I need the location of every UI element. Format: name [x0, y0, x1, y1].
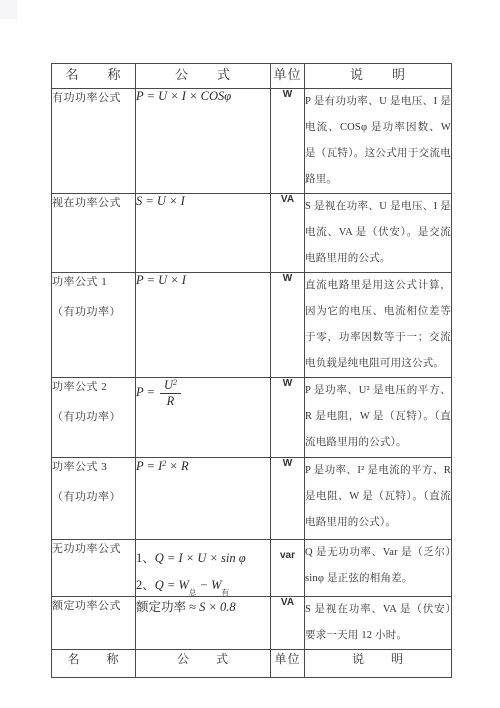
unit-cell: W: [271, 89, 305, 194]
formula-cell: 1、Q = I × U × sin φ 2、Q = W总 − W有: [136, 540, 271, 597]
row-name: 功率公式 1 （有功功率）: [52, 273, 136, 378]
table-row: 无功功率公式 1、Q = I × U × sin φ 2、Q = W总 − W有…: [52, 540, 452, 597]
formula-cell: P = I2 × R: [136, 458, 271, 540]
row-name-line1: 功率公式 2: [52, 381, 107, 393]
note-cell: 直流电路里是用这公式计算，因为它的电压、电流相位差等于零，功率因数等于一；交流电…: [305, 273, 452, 378]
header-formula: 公 式: [136, 64, 271, 89]
unit-cell: VA: [271, 596, 305, 649]
unit-cell: W: [271, 458, 305, 540]
formula-cell: 额定功率 ≈ S × 0.8: [136, 596, 271, 649]
note-cell: S 是视在功率、VA 是（伏安） 要求一天用 12 小时。: [305, 596, 452, 649]
formula-text: S × 0.8: [199, 600, 236, 614]
row-name-line2: （有功功率）: [52, 408, 135, 424]
note-cell: P 是有功功率、U 是电压、I 是电流、COSφ 是功率因数、W 是（瓦特）。这…: [305, 89, 452, 194]
row-name-line1: 功率公式 1: [52, 276, 107, 288]
unit-cell: VA: [271, 194, 305, 273]
table-row: 有功功率公式 P = U × I × COSφ W P 是有功功率、U 是电压、…: [52, 89, 452, 194]
table-row: 功率公式 3 （有功功率） P = I2 × R W P 是功率、I² 是电流的…: [52, 458, 452, 540]
formula-cell: P =U2R: [136, 378, 271, 458]
formula-cell: P = U × I × COSφ: [136, 89, 271, 194]
document-page: 名 称 公 式 单位 说 明 有功功率公式 P = U × I × COSφ W…: [0, 0, 500, 708]
row-name: 有功功率公式: [52, 89, 136, 194]
formula-subscript: 总: [189, 588, 197, 597]
formula-exponent: 2: [162, 459, 166, 468]
list-number: 2、: [136, 578, 155, 592]
note-cell: Q 是无功功率、Var 是（乏尔） sinφ 是正弦的相角差。: [305, 540, 452, 597]
table-row: 功率公式 1 （有功功率） P = U × I W 直流电路里是用这公式计算，因…: [52, 273, 452, 378]
footer-name: 名 称: [52, 649, 136, 677]
fraction-denominator: R: [160, 394, 181, 408]
row-name: 功率公式 2 （有功功率）: [52, 378, 136, 458]
formula-base: P = I: [136, 459, 162, 473]
power-formula-table: 名 称 公 式 单位 说 明 有功功率公式 P = U × I × COSφ W…: [51, 63, 452, 678]
fraction: U2R: [160, 378, 181, 408]
row-name: 额定功率公式: [52, 596, 136, 649]
formula-suffix: × R: [166, 459, 188, 473]
formula-subscript: 有: [222, 588, 230, 597]
unit-cell: W: [271, 273, 305, 378]
formula-line-2: 2、Q = W总 − W有: [136, 575, 270, 596]
table-row: 额定功率公式 额定功率 ≈ S × 0.8 VA S 是视在功率、VA 是（伏安…: [52, 596, 452, 649]
fraction-numerator: U2: [160, 378, 181, 394]
formula-text: P = U × I: [136, 273, 186, 287]
row-name-line2: （有功功率）: [52, 303, 135, 319]
table-row: 功率公式 2 （有功功率） P =U2R W P 是功率、U² 是电压的平方、R…: [52, 378, 452, 458]
formula-cell: P = U × I: [136, 273, 271, 378]
formula-text: P = U × I × COSφ: [136, 89, 231, 103]
formula-line-1: 1、Q = I × U × sin φ: [136, 548, 270, 566]
formula-text: Q = I × U × sin φ: [155, 551, 246, 565]
formula-text: Q = W: [155, 578, 189, 592]
numerator-exponent: 2: [173, 378, 177, 387]
table-header-row: 名 称 公 式 单位 说 明: [52, 64, 452, 89]
formula-text: − W: [196, 578, 221, 592]
list-number: 1、: [136, 551, 155, 565]
note-cell: S 是视在功率、U 是电压、I 是电流、VA 是（伏安）。是交流电路里用的公式。: [305, 194, 452, 273]
note-cell: P 是功率、I² 是电流的平方、R 是电阻、W 是（瓦特）。（直流电路里用的公式…: [305, 458, 452, 540]
table-row: 视在功率公式 S = U × I VA S 是视在功率、U 是电压、I 是电流、…: [52, 194, 452, 273]
numerator-base: U: [164, 378, 173, 392]
header-note: 说 明: [305, 64, 452, 89]
row-name: 视在功率公式: [52, 194, 136, 273]
unit-cell: W: [271, 378, 305, 458]
row-name-line2: （有功功率）: [52, 488, 135, 504]
formula-chinese-part: 额定功率 ≈: [136, 600, 199, 614]
formula-text: S = U × I: [136, 194, 185, 208]
row-name-line1: 功率公式 3: [52, 461, 107, 473]
scan-artifact: [0, 0, 17, 19]
footer-note: 说 明: [305, 649, 452, 677]
header-unit: 单位: [271, 64, 305, 89]
table-footer-row: 名 称 公 式 单位 说 明: [52, 649, 452, 677]
formula-cell: S = U × I: [136, 194, 271, 273]
formula-prefix: P =: [136, 385, 155, 399]
footer-unit: 单位: [271, 649, 305, 677]
header-name: 名 称: [52, 64, 136, 89]
row-name: 功率公式 3 （有功功率）: [52, 458, 136, 540]
row-name: 无功功率公式: [52, 540, 136, 597]
note-cell: P 是功率、U² 是电压的平方、R 是电阻，W 是（瓦特）。（直流电路里用的公式…: [305, 378, 452, 458]
unit-cell: var: [271, 540, 305, 597]
footer-formula: 公 式: [136, 649, 271, 677]
